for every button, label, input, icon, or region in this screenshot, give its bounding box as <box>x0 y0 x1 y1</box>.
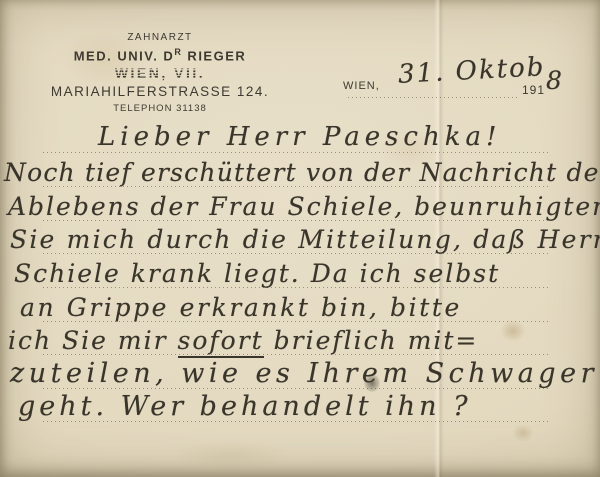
printed-year-prefix: 191 <box>522 83 545 97</box>
salutation: Lieber Herr Paeschka! <box>98 122 501 152</box>
letter-line: zuteilen, wie es Ihrem Schwager <box>10 358 598 389</box>
letter-line: an Grippe erkrankt bin, bitte <box>20 293 462 322</box>
letter-line: Noch tief erschüttert von der Nachricht … <box>4 158 600 187</box>
letter-line: Schiele krank liegt. Da ich selbst <box>14 259 500 288</box>
letterhead: ZAHNARZT MED. UNIV. DR RIEGER WIEN, VII.… <box>10 32 310 114</box>
letterhead-phone: TELEPHON 31138 <box>10 103 310 114</box>
letterhead-street: MARIAHILFERSTRASSE 124. <box>10 84 310 99</box>
letterhead-city: WIEN, VII. <box>10 65 310 81</box>
letterhead-profession: ZAHNARZT <box>10 32 310 43</box>
date-ruled-line <box>348 96 520 98</box>
letter-line: Ablebens der Frau Schiele, beunruhigten <box>8 192 600 221</box>
letter-line: ich Sie mir sofort brieflich mit= <box>8 326 478 355</box>
handwritten-year-digit: 8 <box>546 66 562 95</box>
letterhead-doctor-name: MED. UNIV. DR RIEGER <box>10 47 310 63</box>
underlined-word: sofort <box>178 326 264 358</box>
letter-line: Sie mich durch die Mitteilung, daß Herr <box>10 225 600 254</box>
date-city-label: WIEN, <box>343 80 380 92</box>
letter-line: geht. Wer behandelt ihn ? <box>18 391 472 422</box>
